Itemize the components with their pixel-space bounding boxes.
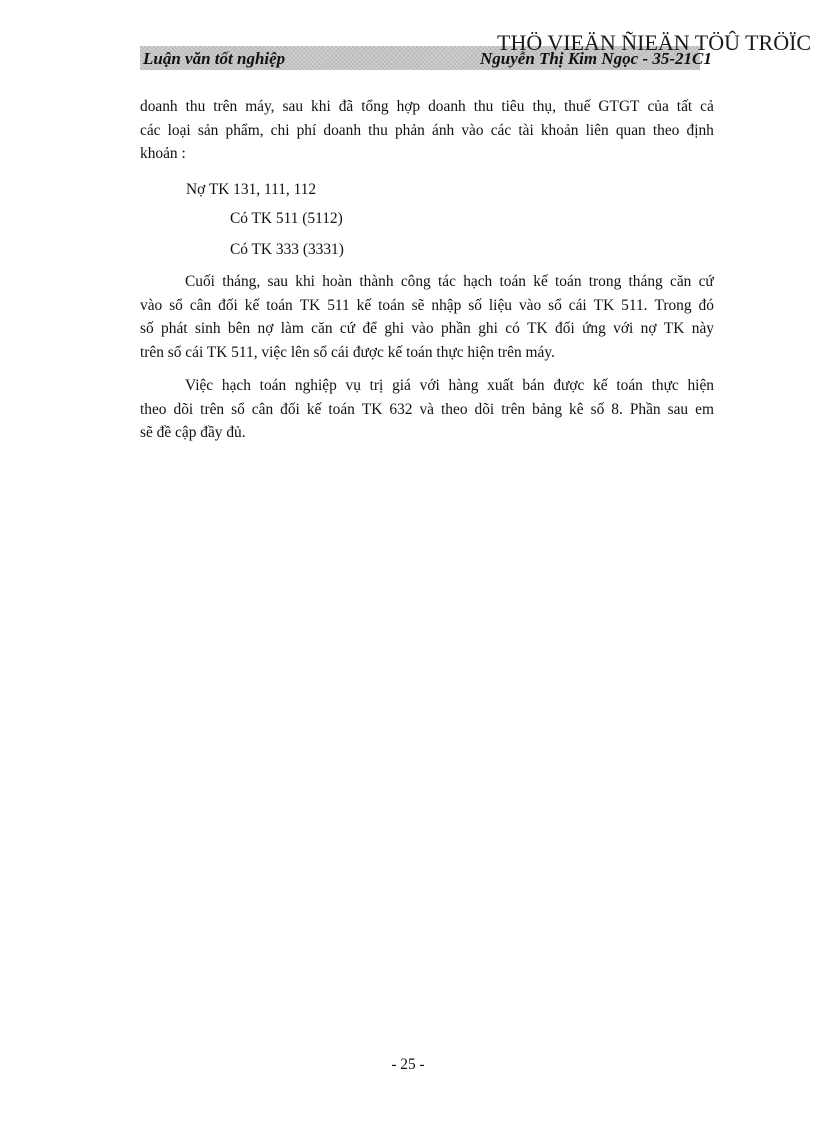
thesis-title: Luận văn tốt nghiệp	[143, 49, 285, 69]
library-watermark: THÖ VIEÄN ÑIEÄN TÖÛ TRÖÏC TUYEÁN	[497, 30, 816, 56]
text-line: khoản :	[140, 142, 714, 166]
text-line: Cuốitháng,saukhihoànthànhcôngtáchạchtoán…	[140, 270, 714, 294]
text-line: trên sổ cái TK 511, việc lên sổ cái được…	[140, 341, 714, 365]
text-line: Việchạchtoánnghiệpvụtrịgiávớihàngxuấtbán…	[140, 374, 714, 398]
text-line: sẽ đề cập đầy đủ.	[140, 421, 714, 445]
text-line: vàosổcânđốikếtoánTK511kếtoánsẽnhậpsốliệu…	[140, 294, 714, 318]
text-line: sốphátsinhbênnợlàmcăncứđểghivàophầnghicó…	[140, 317, 714, 341]
cost-of-goods-paragraph: Việchạchtoánnghiệpvụtrịgiávớihàngxuấtbán…	[140, 374, 714, 445]
page-number: - 25 -	[0, 1056, 816, 1074]
journal-credit-line-2: Có TK 333 (3331)	[230, 241, 344, 259]
journal-debit-line: Nợ TK 131, 111, 112	[186, 181, 316, 199]
journal-credit-line-1: Có TK 511 (5112)	[230, 210, 343, 228]
text-line: theodõitrênsổcânđốikếtoánTK632vàtheodõit…	[140, 398, 714, 422]
text-line: cácloạisảnphẩm,chiphídoanhthuphảnánhvàoc…	[140, 119, 714, 143]
text-line: doanhthutrênmáy,saukhiđãtổnghợpdoanhthut…	[140, 95, 714, 119]
intro-paragraph: doanhthutrênmáy,saukhiđãtổnghợpdoanhthut…	[140, 95, 714, 166]
month-end-paragraph: Cuốitháng,saukhihoànthànhcôngtáchạchtoán…	[140, 270, 714, 364]
